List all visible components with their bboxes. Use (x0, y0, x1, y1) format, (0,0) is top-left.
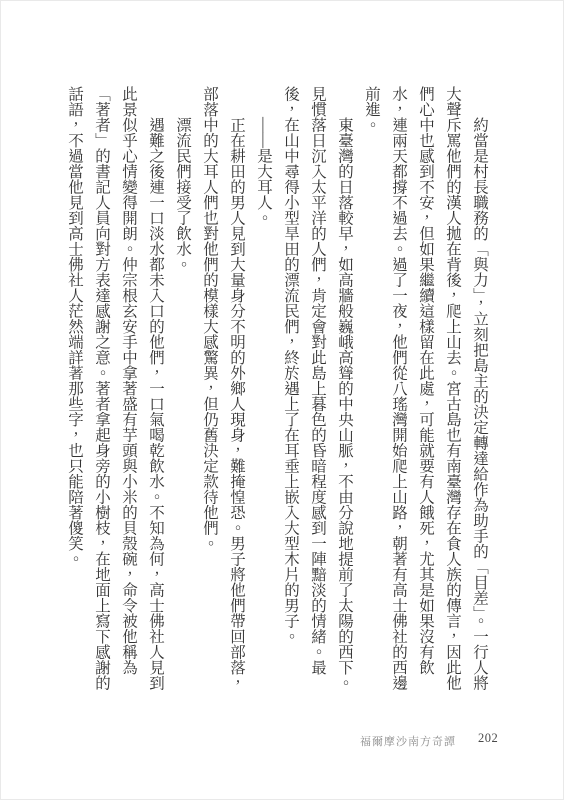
paragraph: 約當是村長職務的「與力」，立刻把島主的決定轉達給作為助手的「目差」。一行人將大聲… (358, 86, 493, 692)
paragraph: ——是大耳人。 (250, 86, 277, 692)
book-page: 約當是村長職務的「與力」，立刻把島主的決定轉達給作為助手的「目差」。一行人將大聲… (0, 0, 564, 800)
paragraph: 東臺灣的日落較早，如高牆般巍峨高聳的中央山脈，不由分說地提前了太陽的西下。見慣落… (277, 86, 358, 692)
paragraph: 正在耕田的男人見到大量身分不明的外鄉人現身，難掩惶恐。男子將他們帶回部落，部落中… (196, 86, 250, 692)
paragraph: 遇難之後連一口淡水都未入口的他們，一口氣喝乾飲水。不知為何，高士佛社人見到此景似… (61, 86, 169, 692)
paragraph: 漂流民們接受了飲水。 (169, 86, 196, 692)
body-text: 約當是村長職務的「與力」，立刻把島主的決定轉達給作為助手的「目差」。一行人將大聲… (59, 86, 493, 692)
footer-book-title: 福爾摩沙南方奇譚 (360, 733, 456, 749)
page-footer: 福爾摩沙南方奇譚 202 (1, 729, 564, 749)
footer-page-number: 202 (478, 731, 498, 746)
